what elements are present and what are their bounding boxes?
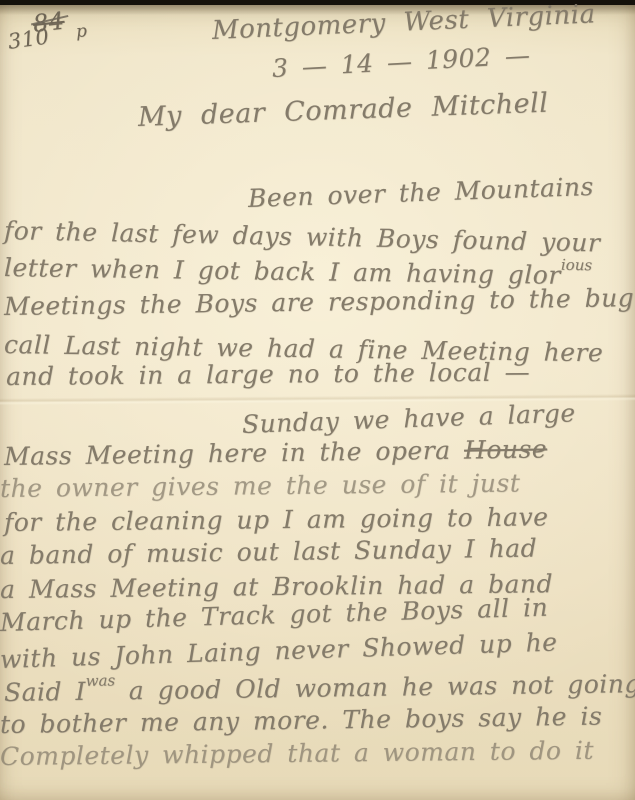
- inserted-word: ious: [561, 256, 592, 274]
- letter-salutation: My dear Comrade Mitchell: [137, 88, 548, 133]
- letter-body-line-text: letter when I got back I am having glor: [4, 253, 561, 290]
- letter-body-line: Meetings the Boys are responding to the …: [4, 283, 635, 321]
- letter-body-line: Completely whipped that a woman to do it: [0, 736, 594, 771]
- letter-body-line: to bother me any more. The boys say he i…: [0, 702, 602, 739]
- letter-body-line: for the cleaning up I am going to have: [4, 502, 549, 537]
- letter-body-line-text: Mass Meeting here in the opera: [4, 436, 464, 471]
- struck-word: House: [464, 434, 547, 464]
- letter-body-line: Been over the Mountains: [247, 172, 594, 213]
- archival-number-310: 310: [6, 24, 51, 54]
- letter-body-line: Said Iwas a good Old woman he was not go…: [4, 669, 635, 707]
- scanned-letter-page: 84 p 310 Montgomery West Virginia 3 — 14…: [0, 0, 635, 800]
- letter-body-line: the owner gives me the use of it just: [0, 469, 520, 503]
- letter-body-line-text: a good Old woman he was not going: [115, 669, 635, 705]
- letter-body-line-text: Said I: [4, 677, 86, 707]
- letter-body-line: for the last few days with Boys found yo…: [4, 216, 601, 257]
- letter-body-line: and took in a large no to the local —: [6, 357, 530, 391]
- letter-body-line: a band of music out last Sunday I had: [0, 534, 537, 570]
- letter-body-line: Sunday we have a large: [241, 398, 576, 439]
- letter-body-line: Mass Meeting here in the opera House: [4, 434, 548, 471]
- archival-letter-p: p: [75, 21, 88, 42]
- inserted-word: was: [86, 671, 116, 689]
- letter-date-line: 3 — 14 — 1902 —: [271, 40, 531, 82]
